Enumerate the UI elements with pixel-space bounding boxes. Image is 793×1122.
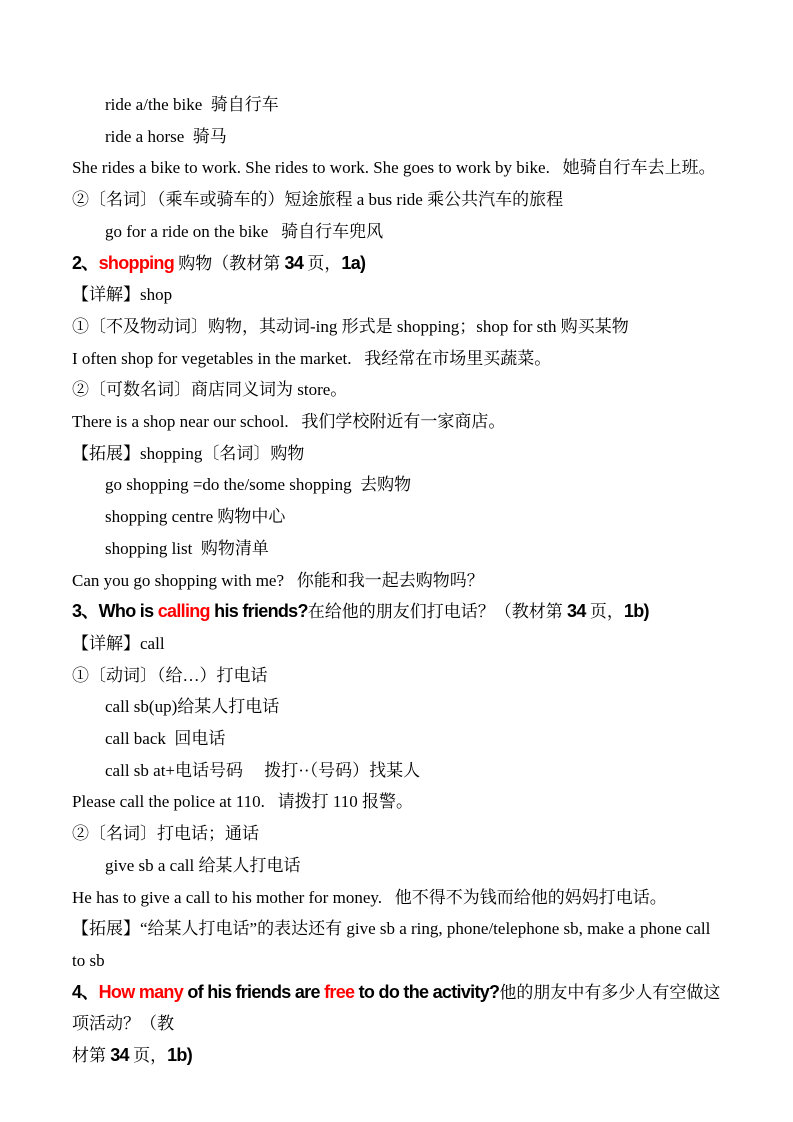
text-line: give sb a call 给某人打电话 — [72, 850, 723, 882]
heading-text: 1b) — [624, 601, 649, 621]
text-line: shopping list 购物清单 — [72, 533, 723, 565]
highlight-text: calling — [158, 601, 210, 621]
highlight-text: How many — [99, 982, 188, 1002]
heading-text: 3、 — [72, 601, 99, 621]
text-line: There is a shop near our school. 我们学校附近有… — [72, 406, 723, 438]
body-text: ②〔名词〕打电话；通话 — [72, 824, 259, 843]
body-text: call back 回电话 — [105, 729, 225, 748]
text-line: 【拓展】shopping〔名词〕购物 — [72, 438, 723, 470]
body-text: ②〔可数名词〕商店同义词为 store。 — [72, 380, 347, 399]
text-line: 4、How many of his friends are free to do… — [72, 977, 723, 1040]
text-line: Please call the police at 110. 请拨打 110 报… — [72, 786, 723, 818]
heading-text: 2、 — [72, 253, 99, 273]
body-text: 购物（教材第 — [174, 254, 285, 273]
heading-text: 1b) — [167, 1045, 192, 1065]
body-text: 材第 — [72, 1046, 110, 1065]
text-line: I often shop for vegetables in the marke… — [72, 343, 723, 375]
highlight-text: free — [324, 982, 354, 1002]
heading-text: 34 — [285, 253, 304, 273]
heading-text: 34 — [567, 601, 586, 621]
text-line: 3、Who is calling his friends?在给他的朋友们打电话？… — [72, 596, 723, 628]
body-text: She rides a bike to work. She rides to w… — [72, 158, 716, 177]
heading-text: 34 — [110, 1045, 129, 1065]
text-line: shopping centre 购物中心 — [72, 501, 723, 533]
body-text: I often shop for vegetables in the marke… — [72, 349, 551, 368]
body-text: ride a horse 骑马 — [105, 127, 227, 146]
heading-text: of his friends are — [187, 982, 324, 1002]
body-text: 【拓展】shopping〔名词〕购物 — [72, 444, 304, 463]
body-text: He has to give a call to his mother for … — [72, 888, 667, 907]
text-line: 【详解】shop — [72, 279, 723, 311]
text-line: 【拓展】“给某人打电话”的表达还有 give sb a ring, phone/… — [72, 913, 723, 976]
body-text: ①〔不及物动词〕购物，其动词-ing 形式是 shopping；shop for… — [72, 317, 629, 336]
text-line: ride a horse 骑马 — [72, 121, 723, 153]
body-text: 页， — [303, 254, 341, 273]
text-line: call back 回电话 — [72, 723, 723, 755]
document-page: ride a/the bike 骑自行车ride a horse 骑马She r… — [0, 0, 793, 1122]
text-line: ②〔名词〕打电话；通话 — [72, 818, 723, 850]
body-text: 【详解】shop — [72, 285, 172, 304]
heading-text: 1a) — [341, 253, 365, 273]
heading-text: Who is — [99, 601, 158, 621]
document-body: ride a/the bike 骑自行车ride a horse 骑马She r… — [72, 89, 723, 1072]
body-text: Please call the police at 110. 请拨打 110 报… — [72, 792, 413, 811]
body-text: 页， — [129, 1046, 167, 1065]
text-line: ②〔名词〕（乘车或骑车的）短途旅程 a bus ride 乘公共汽车的旅程 — [72, 184, 723, 216]
body-text: There is a shop near our school. 我们学校附近有… — [72, 412, 505, 431]
body-text: 【详解】call — [72, 634, 165, 653]
body-text: ②〔名词〕（乘车或骑车的）短途旅程 a bus ride 乘公共汽车的旅程 — [72, 190, 563, 209]
text-line: 【详解】call — [72, 628, 723, 660]
text-line: call sb(up)给某人打电话 — [72, 691, 723, 723]
text-line: ②〔可数名词〕商店同义词为 store。 — [72, 374, 723, 406]
text-line: go shopping =do the/some shopping 去购物 — [72, 469, 723, 501]
body-text: call sb at+电话号码 拨打··（号码）找某人 — [105, 761, 420, 780]
body-text: call sb(up)给某人打电话 — [105, 697, 279, 716]
text-line: ①〔动词〕（给…）打电话 — [72, 660, 723, 692]
body-text: shopping list 购物清单 — [105, 539, 269, 558]
highlight-text: shopping — [99, 253, 174, 273]
body-text: shopping centre 购物中心 — [105, 507, 285, 526]
text-line: He has to give a call to his mother for … — [72, 882, 723, 914]
body-text: 页， — [586, 602, 624, 621]
text-line: Can you go shopping with me? 你能和我一起去购物吗？ — [72, 565, 723, 597]
body-text: ①〔动词〕（给…）打电话 — [72, 666, 268, 685]
text-line: 2、shopping 购物（教材第 34 页，1a) — [72, 248, 723, 280]
text-line: 材第 34 页，1b) — [72, 1040, 723, 1072]
text-line: ①〔不及物动词〕购物，其动词-ing 形式是 shopping；shop for… — [72, 311, 723, 343]
body-text: 在给他的朋友们打电话？（教材第 — [308, 602, 567, 621]
text-line: go for a ride on the bike 骑自行车兜风 — [72, 216, 723, 248]
text-line: She rides a bike to work. She rides to w… — [72, 152, 723, 184]
heading-text: his friends? — [210, 601, 308, 621]
body-text: ride a/the bike 骑自行车 — [105, 95, 279, 114]
body-text: Can you go shopping with me? 你能和我一起去购物吗？ — [72, 571, 484, 590]
heading-text: 4、 — [72, 982, 99, 1002]
body-text: go shopping =do the/some shopping 去购物 — [105, 475, 411, 494]
text-line: call sb at+电话号码 拨打··（号码）找某人 — [72, 755, 723, 787]
body-text: go for a ride on the bike 骑自行车兜风 — [105, 222, 383, 241]
body-text: give sb a call 给某人打电话 — [105, 856, 300, 875]
text-line: ride a/the bike 骑自行车 — [72, 89, 723, 121]
body-text: 【拓展】“给某人打电话”的表达还有 give sb a ring, phone/… — [72, 919, 715, 970]
heading-text: to do the activity? — [354, 982, 499, 1002]
